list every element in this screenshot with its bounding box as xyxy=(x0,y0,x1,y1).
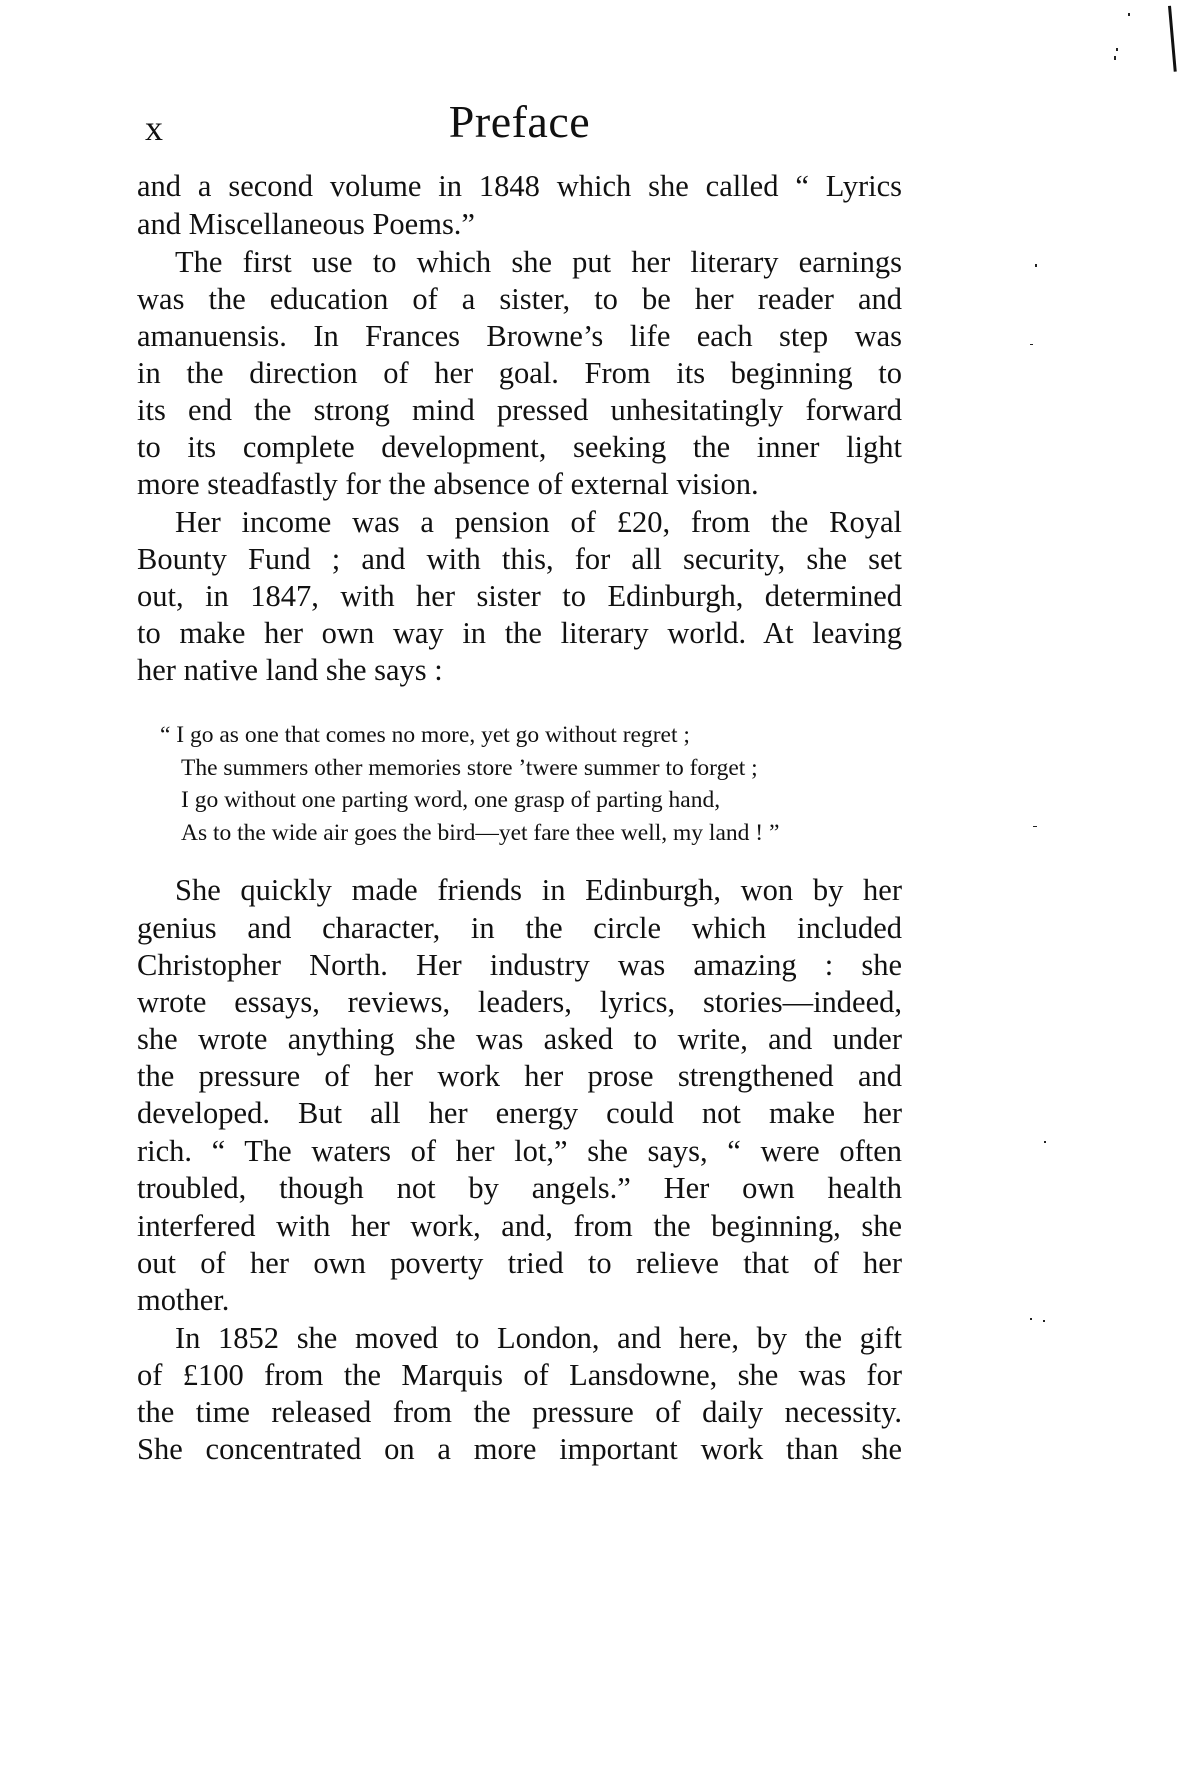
text-line: In 1852 she moved to London, and here, b… xyxy=(137,1320,902,1356)
scan-speck xyxy=(1030,1318,1032,1320)
text-line: wrote essays, reviews, leaders, lyrics, … xyxy=(137,984,902,1020)
text-line: of £100 from the Marquis of Lansdowne, s… xyxy=(137,1357,902,1393)
scan-speck xyxy=(1035,264,1037,267)
verse-line: As to the wide air goes the bird—yet far… xyxy=(181,818,779,848)
scan-speck xyxy=(1044,1141,1046,1143)
text-line: mother. xyxy=(137,1282,902,1318)
text-line: in the direction of her goal. From its b… xyxy=(137,355,902,391)
text-line: rich. “ The waters of her lot,” she says… xyxy=(137,1133,902,1169)
text-line: The first use to which she put her liter… xyxy=(137,244,902,280)
text-line: was the education of a sister, to be her… xyxy=(137,281,902,317)
text-line: troubled, though not by angels.” Her own… xyxy=(137,1170,902,1206)
text-line: She quickly made friends in Edinburgh, w… xyxy=(137,872,902,908)
scan-speck xyxy=(1114,56,1116,60)
text-line: amanuensis. In Frances Browne’s life eac… xyxy=(137,318,902,354)
text-line: Bounty Fund ; and with this, for all sec… xyxy=(137,541,902,577)
text-line: to make her own way in the literary worl… xyxy=(137,615,902,651)
text-line: Her income was a pension of £20, from th… xyxy=(137,504,902,540)
book-page: x Preface and a second volume in 1848 wh… xyxy=(0,0,1194,1768)
scan-speck xyxy=(1033,826,1037,827)
verse-line: The summers other memories store ’twere … xyxy=(181,753,758,783)
text-line: developed. But all her energy could not … xyxy=(137,1095,902,1131)
text-line: to its complete development, seeking the… xyxy=(137,429,902,465)
scan-edge-mark xyxy=(1168,6,1177,72)
text-line: out, in 1847, with her sister to Edinbur… xyxy=(137,578,902,614)
scan-speck xyxy=(1030,344,1033,345)
scan-speck xyxy=(1116,48,1118,51)
text-line: and Miscellaneous Poems.” xyxy=(137,206,902,242)
verse-line: I go without one parting word, one grasp… xyxy=(181,785,720,815)
running-title: Preface xyxy=(137,95,902,148)
text-line: and a second volume in 1848 which she ca… xyxy=(137,168,902,204)
text-line: the time released from the pressure of d… xyxy=(137,1394,902,1430)
page-header: x Preface xyxy=(137,95,902,155)
verse-line: “ I go as one that comes no more, yet go… xyxy=(160,720,690,750)
text-line: her native land she says : xyxy=(137,652,902,688)
text-line: more steadfastly for the absence of exte… xyxy=(137,466,902,502)
text-line: Christopher North. Her industry was amaz… xyxy=(137,947,902,983)
text-line: the pressure of her work her prose stren… xyxy=(137,1058,902,1094)
text-line: genius and character, in the circle whic… xyxy=(137,910,902,946)
text-line: out of her own poverty tried to relieve … xyxy=(137,1245,902,1281)
text-line: interfered with her work, and, from the … xyxy=(137,1208,902,1244)
scan-speck xyxy=(1128,13,1130,16)
text-line: she wrote anything she was asked to writ… xyxy=(137,1021,902,1057)
scan-speck xyxy=(1043,1320,1045,1322)
text-line: She concentrated on a more important wor… xyxy=(137,1431,902,1467)
text-line: its end the strong mind pressed unhesita… xyxy=(137,392,902,428)
